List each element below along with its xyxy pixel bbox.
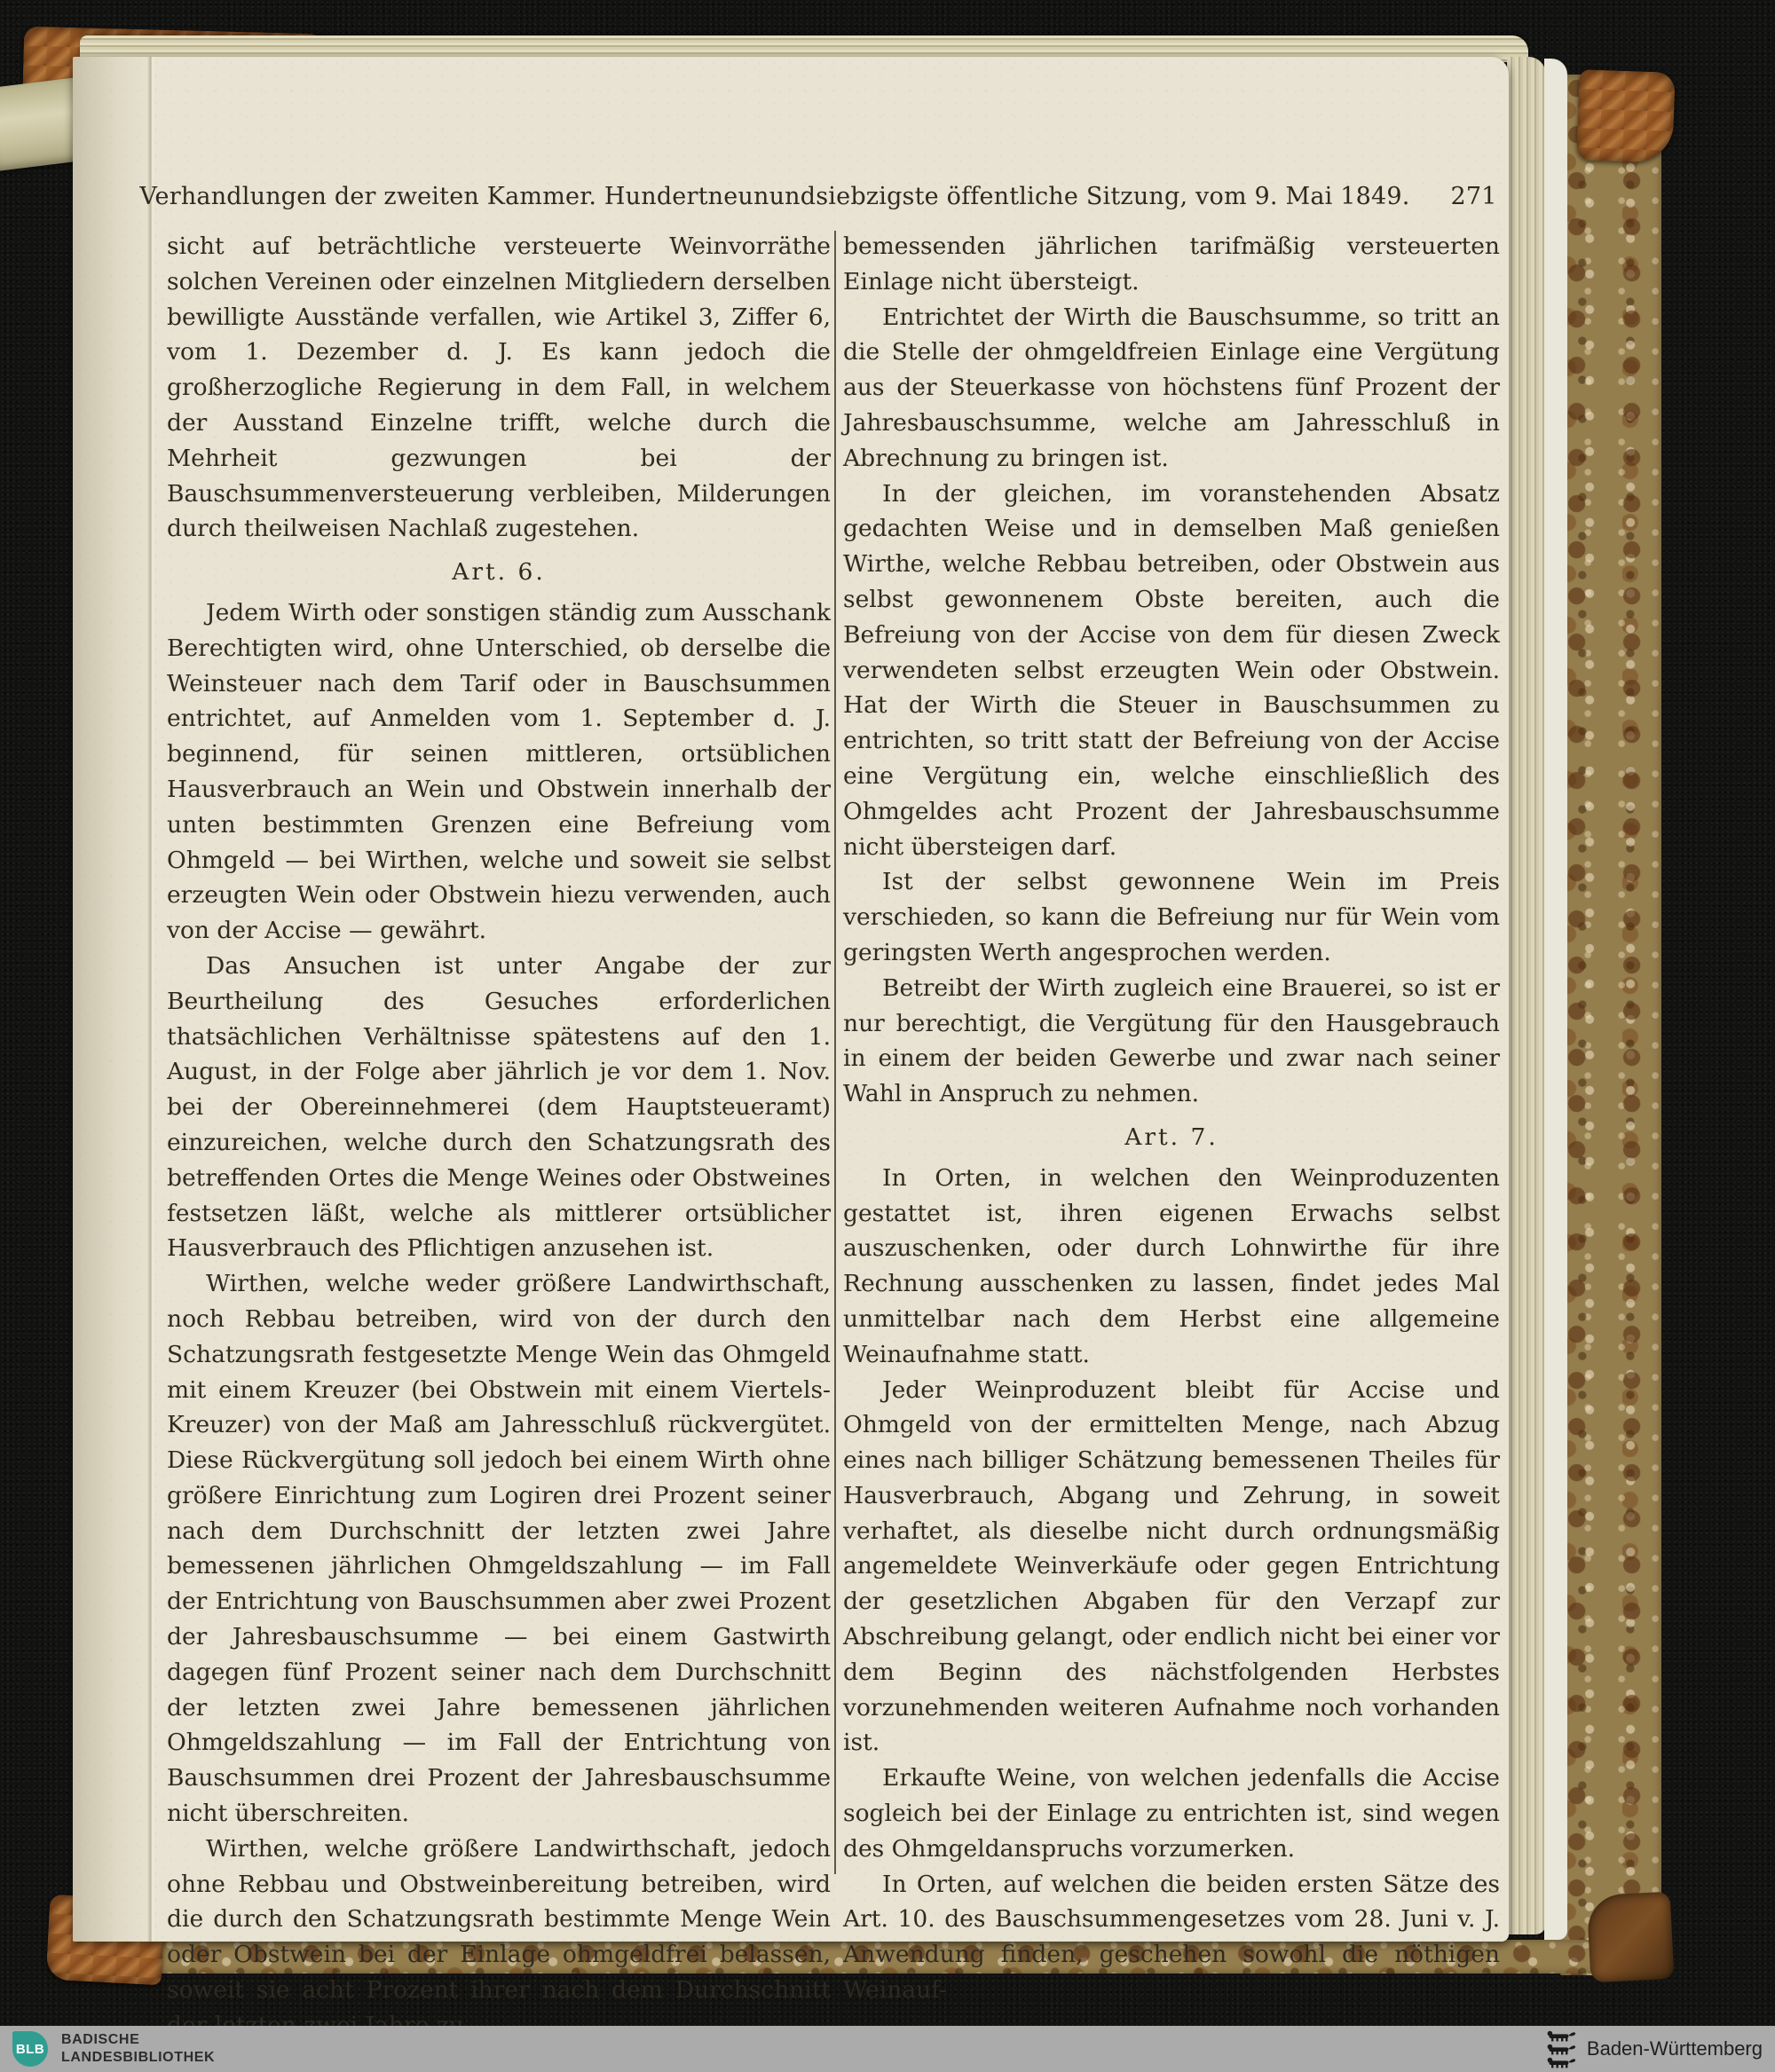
baden-wuerttemberg-lions-icon (1546, 2029, 1576, 2068)
paragraph: In der gleichen, im voranstehenden Absat… (843, 477, 1500, 865)
blb-logo-text: BLB (16, 2042, 44, 2057)
paragraph: sicht auf beträchtliche versteuerte Wein… (167, 229, 831, 547)
leather-corner-bottom-right (1587, 1892, 1675, 1983)
endpaper-edge-right (1544, 59, 1567, 1940)
paragraph: In Orten, auf welchen die beiden ersten … (843, 1867, 1500, 2008)
paragraph: Jeder Weinproduzent bleibt für Accise un… (843, 1373, 1500, 1761)
paragraph: Ist der selbst gewonnene Wein im Preis v… (843, 864, 1500, 970)
paragraph: In Orten, in welchen den Weinproduzenten… (843, 1161, 1500, 1373)
viewer-footer-bar: BLB BADISCHE LANDESBIBLIOTHEK (0, 2026, 1775, 2072)
state-name: Baden-Württemberg (1587, 2037, 1763, 2060)
paragraph: Erkaufte Weine, von welchen jedenfalls d… (843, 1761, 1500, 1866)
previous-page-fold (147, 57, 154, 1942)
article-7-heading: Art. 7. (843, 1120, 1500, 1155)
text-column-left: sicht auf beträchtliche versteuerte Wein… (167, 229, 831, 2044)
paragraph: bemessenden jährlichen tarifmäßig verste… (843, 229, 1500, 300)
marbled-cover-right (1560, 75, 1661, 1975)
paragraph: Wirthen, welche weder größere Landwirths… (167, 1266, 831, 1832)
blb-logo-icon: BLB (12, 2031, 48, 2067)
page-number: 271 (1451, 183, 1497, 210)
running-header-title: Verhandlungen der zweiten Kammer. Hunder… (139, 183, 1409, 210)
running-header: Verhandlungen der zweiten Kammer. Hunder… (162, 183, 1475, 210)
column-divider-rule (834, 231, 836, 1874)
leather-corner-top-right (1576, 69, 1675, 163)
library-name-line1: BADISCHE (61, 2031, 215, 2049)
state-branding: Baden-Württemberg (1546, 2029, 1763, 2068)
paragraph: Jedem Wirth oder sonstigen ständig zum A… (167, 595, 831, 949)
text-column-right: bemessenden jährlichen tarifmäßig verste… (843, 229, 1500, 2008)
library-branding: BLB BADISCHE LANDESBIBLIOTHEK (12, 2031, 215, 2067)
paragraph: Betreibt der Wirth zugleich eine Brauere… (843, 971, 1500, 1112)
page-edge-stack-right (1507, 57, 1546, 1934)
scanned-book-viewer: { "header": { "title": "Verhandlungen de… (0, 0, 1775, 2072)
paragraph: Entrichtet der Wirth die Bauschsumme, so… (843, 300, 1500, 477)
paragraph: Wirthen, welche größere Landwirthschaft,… (167, 1832, 831, 2044)
article-6-heading: Art. 6. (167, 555, 831, 590)
library-name: BADISCHE LANDESBIBLIOTHEK (61, 2031, 215, 2066)
paragraph: Das Ansuchen ist unter Angabe der zur Be… (167, 949, 831, 1266)
gutter-shadow (73, 57, 154, 1942)
book-page: Verhandlungen der zweiten Kammer. Hunder… (73, 57, 1509, 1942)
library-name-line2: LANDESBIBLIOTHEK (61, 2049, 215, 2067)
